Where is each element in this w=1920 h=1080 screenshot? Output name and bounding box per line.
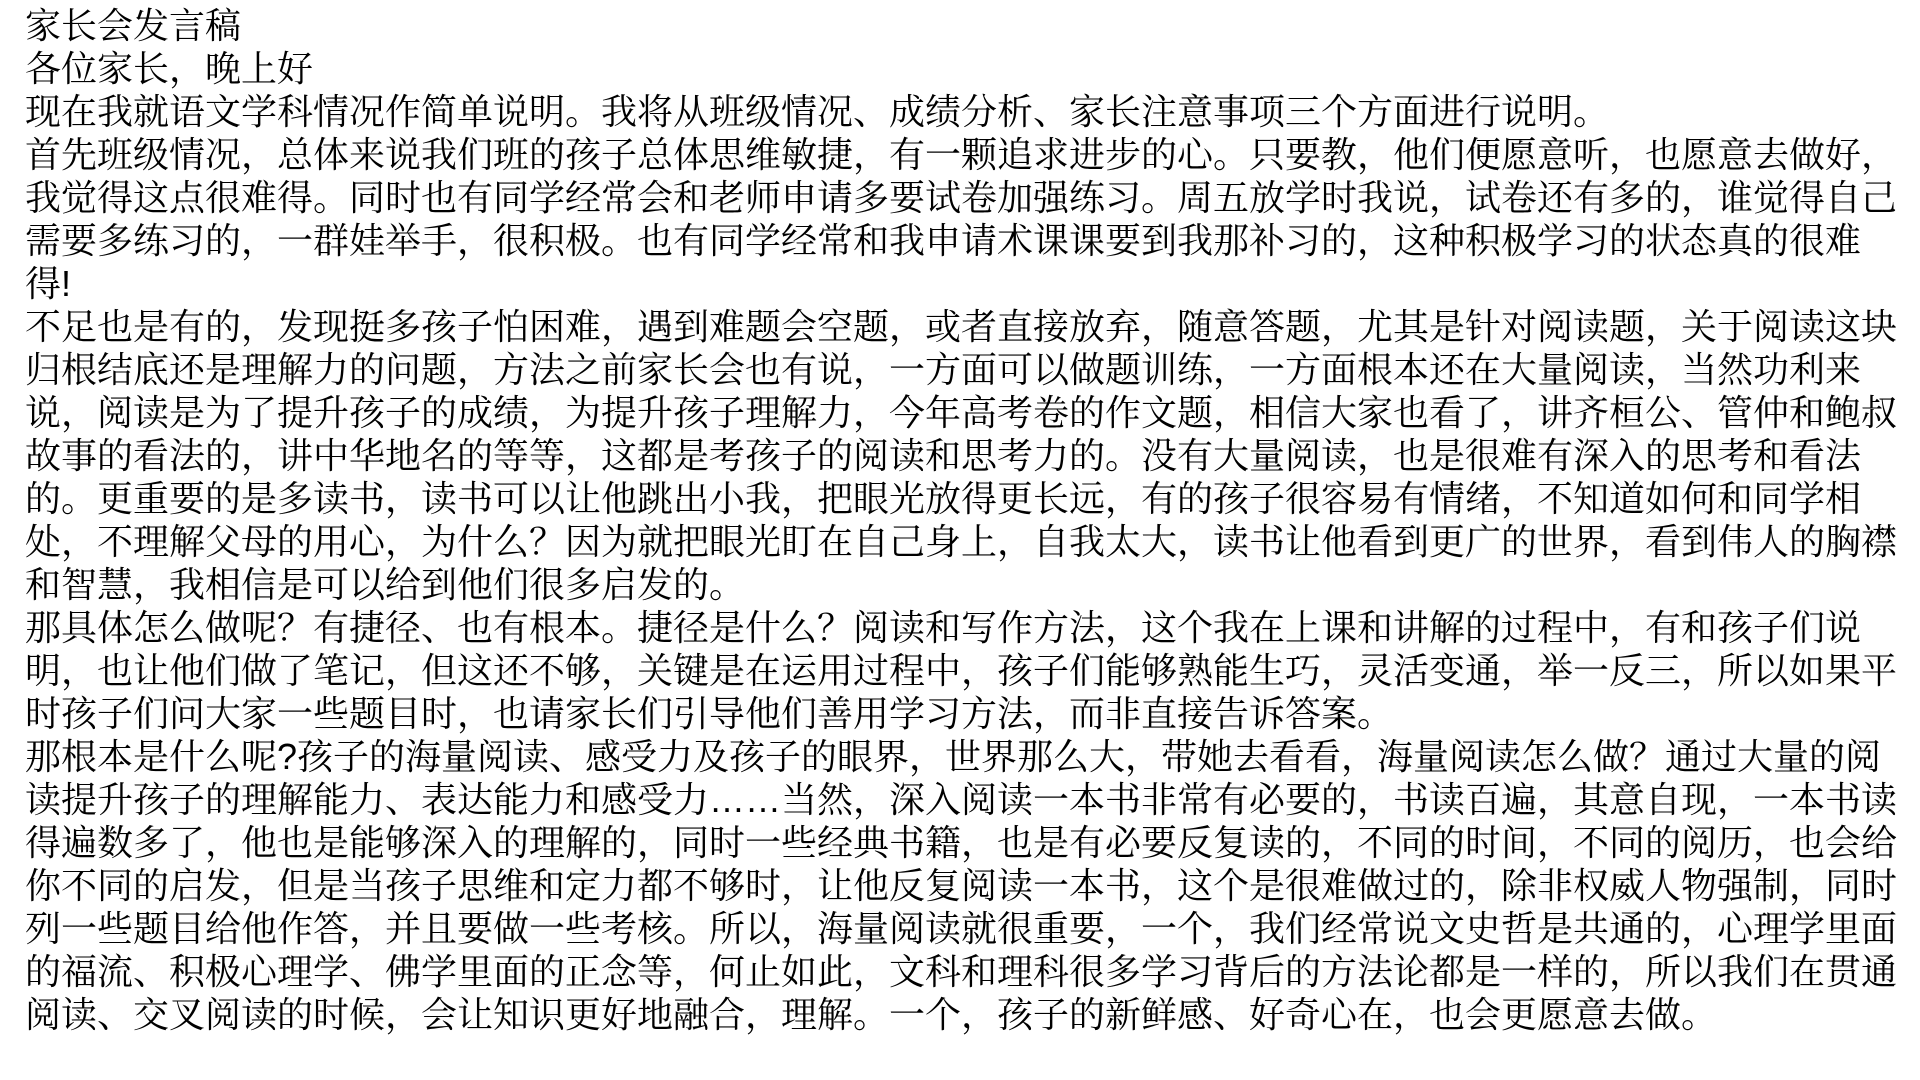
paragraph-shortcomings-reading: 不足也是有的，发现挺多孩子怕困难，遇到难题会空题，或者直接放弃，随意答题，尤其是… [25, 305, 1906, 606]
paragraph-class-situation: 首先班级情况，总体来说我们班的孩子总体思维敏捷，有一颗追求进步的心。只要教，他们… [25, 133, 1906, 305]
greeting-line: 各位家长，晚上好 [25, 47, 1906, 90]
paragraph-overview: 现在我就语文学科情况作简单说明。我将从班级情况、成绩分析、家长注意事项三个方面进… [25, 90, 1906, 133]
doc-title: 家长会发言稿 [25, 4, 1906, 47]
document-page: 家长会发言稿 各位家长，晚上好 现在我就语文学科情况作简单说明。我将从班级情况、… [0, 0, 1920, 1080]
paragraph-fundamentals: 那根本是什么呢?孩子的海量阅读、感受力及孩子的眼界，世界那么大，带她去看看，海量… [25, 735, 1906, 1036]
paragraph-how-to-do: 那具体怎么做呢？有捷径、也有根本。捷径是什么？阅读和写作方法，这个我在上课和讲解… [25, 606, 1906, 735]
